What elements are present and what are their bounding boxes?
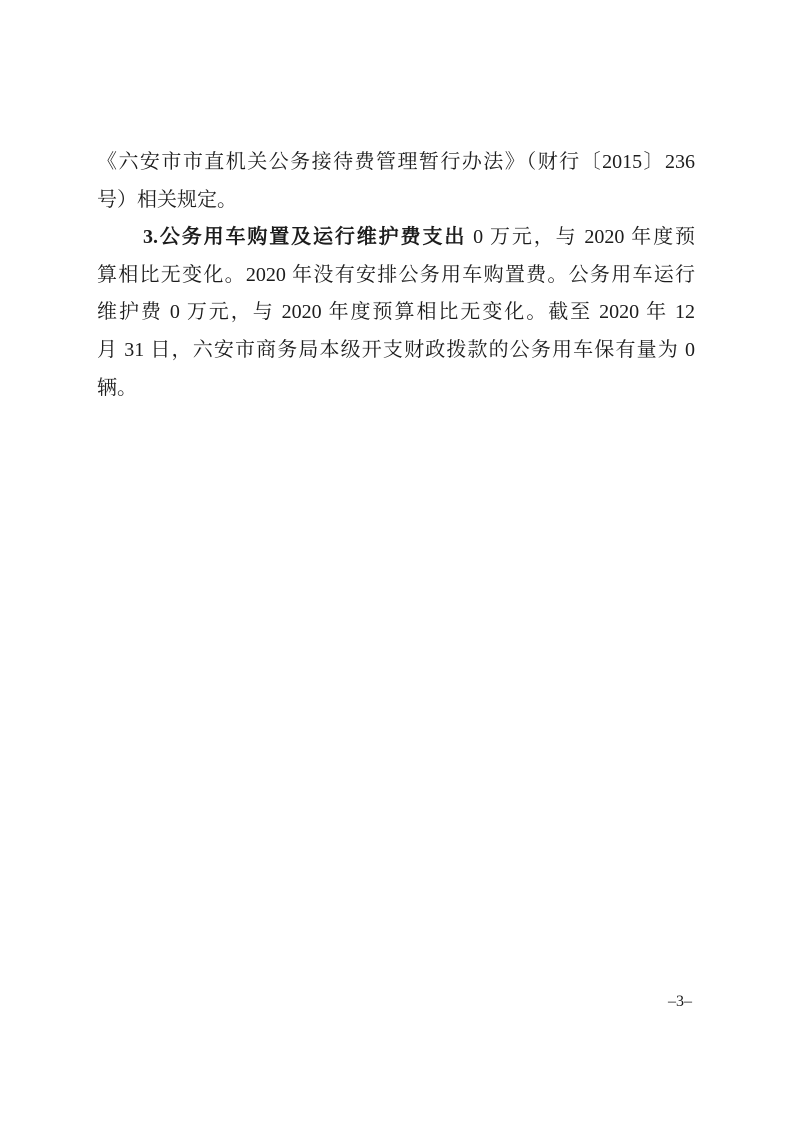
page-number: –3– (650, 991, 710, 1013)
body-text: 《六安市市直机关公务接待费管理暂行办法》（财行〔2015〕236 号）相关规定。… (97, 144, 695, 407)
paragraph-line: 号）相关规定。 (97, 182, 695, 220)
paragraph-line: 3.公务用车购置及运行维护费支出 0 万元，与 2020 年度预 (97, 219, 695, 257)
vehicle-expense-lead-text: 0 万元，与 2020 年度预 (466, 226, 695, 248)
document-page: 《六安市市直机关公务接待费管理暂行办法》（财行〔2015〕236 号）相关规定。… (0, 0, 793, 1122)
paragraph-line: 月 31 日，六安市商务局本级开支财政拨款的公务用车保有量为 0 (97, 332, 695, 370)
paragraph-line: 维护费 0 万元，与 2020 年度预算相比无变化。截至 2020 年 12 (97, 294, 695, 332)
vehicle-expense-heading: 3.公务用车购置及运行维护费支出 (143, 226, 466, 248)
paragraph-line: 辆。 (97, 370, 695, 408)
paragraph-line: 算相比无变化。2020 年没有安排公务用车购置费。公务用车运行 (97, 257, 695, 295)
paragraph-vehicle-expense: 3.公务用车购置及运行维护费支出 0 万元，与 2020 年度预 算相比无变化。… (97, 219, 695, 407)
paragraph-line: 《六安市市直机关公务接待费管理暂行办法》（财行〔2015〕236 (97, 144, 695, 182)
paragraph-regulation: 《六安市市直机关公务接待费管理暂行办法》（财行〔2015〕236 号）相关规定。 (97, 144, 695, 219)
